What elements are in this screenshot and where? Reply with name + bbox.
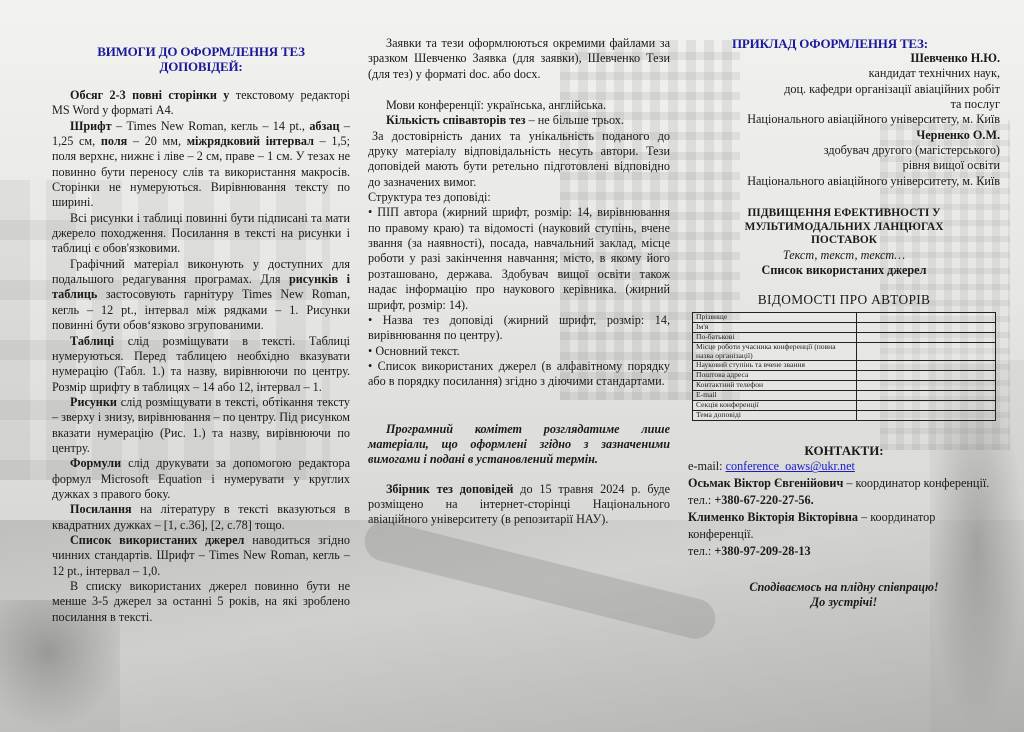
references-label: Список використаних джерел [688,263,1000,278]
structure-bullet: • ПІП автора (жирний шрифт, розмір: 14, … [368,205,670,312]
languages-paragraph: Мови конференції: українська, англійська… [368,98,670,113]
formulas-paragraph: Формули слід друкувати за допомогою реда… [52,456,350,502]
field-value[interactable] [857,371,996,381]
authors-info-table: ПрізвищеІм'яПо-батьковіМісце роботи учас… [692,312,996,421]
field-value[interactable] [857,313,996,323]
contact1-phone: тел.: +380-67-220-27-56. [688,492,1000,509]
authors-info-title: ВІДОМОСТІ ПРО АВТОРІВ [688,292,1000,308]
volume-paragraph: Обсяг 2-3 повні сторінки у текстовому ре… [52,88,350,119]
field-label: Ім'я [693,323,857,333]
email-line: e-mail: conference_oaws@ukr.net [688,459,1000,474]
table-row: По-батькові [693,333,996,343]
structure-bullet: • Список використаних джерел (в алфавітн… [368,359,670,390]
closing-message: Сподіваємось на плідну співпрацю! До зус… [688,580,1000,611]
brochure-page: ВИМОГИ ДО ОФОРМЛЕННЯ ТЕЗ ДОПОВІДЕЙ: Обся… [0,0,1024,732]
contact1: Осьмак Віктор Євгенійович – координатор … [688,475,1000,492]
contacts-title: КОНТАКТИ: [688,443,1000,459]
table-row: Прізвище [693,313,996,323]
sample-text: Текст, текст, текст… [688,248,1000,263]
requirements-column: ВИМОГИ ДО ОФОРМЛЕННЯ ТЕЗ ДОПОВІДЕЙ: Обся… [52,44,350,625]
author2-detail: рівня вищої освіти [688,158,1000,173]
field-value[interactable] [857,323,996,333]
field-label: Секція конференції [693,401,857,411]
author2-name: Черненко О.М. [688,128,1000,143]
field-value[interactable] [857,391,996,401]
field-value[interactable] [857,401,996,411]
tables-paragraph: Таблиці слід розміщувати в тексті. Табли… [52,334,350,395]
author1-detail: та послуг [688,97,1000,112]
structure-bullet: • Основний текст. [368,344,670,359]
table-row: Місце роботи учасника конференції (повна… [693,343,996,361]
table-row: E-mail [693,391,996,401]
field-label: Поштова адреса [693,371,857,381]
structure-label: Структура тез доповіді: [368,190,670,205]
author1-name: Шевченко Н.Ю. [688,51,1000,66]
table-row: Тема доповіді [693,411,996,421]
table-row: Ім'я [693,323,996,333]
requirements-title: ВИМОГИ ДО ОФОРМЛЕННЯ ТЕЗ ДОПОВІДЕЙ: [52,44,350,74]
field-label: По-батькові [693,333,857,343]
committee-note: Програмний комітет розглядатиме лише мат… [368,422,670,468]
field-value[interactable] [857,381,996,391]
example-column: ПРИКЛАД ОФОРМЛЕННЯ ТЕЗ: Шевченко Н.Ю. ка… [688,36,1000,611]
coauthors-paragraph: Кількість співавторів тез – не більше тр… [368,113,670,128]
table-row: Контактний телефон [693,381,996,391]
table-row: Науковий ступінь та вчене звання [693,361,996,371]
bibliography-paragraph: Список використаних джерел наводиться зг… [52,533,350,579]
author1-detail: доц. кафедри організації авіаційних робі… [688,82,1000,97]
field-label: Тема доповіді [693,411,857,421]
author1-detail: Національного авіаційного університету, … [688,112,1000,127]
sample-paper-title: ПІДВИЩЕННЯ ЕФЕКТИВНОСТІ У МУЛЬТИМОДАЛЬНИ… [688,207,1000,248]
field-value[interactable] [857,333,996,343]
graphics-paragraph: Графічний матеріал виконують у доступних… [52,257,350,334]
field-value[interactable] [857,361,996,371]
contact2-phone: тел.: +380-97-209-28-13 [688,543,1000,560]
collection-paragraph: Збірник тез доповідей до 15 травня 2024 … [368,482,670,528]
figures-paragraph: Рисунки слід розміщувати в тексті, обтік… [52,395,350,456]
field-label: Науковий ступінь та вчене звання [693,361,857,371]
field-value[interactable] [857,343,996,361]
contact2: Клименко Вікторія Вікторівна – координат… [688,509,1000,543]
field-label: Контактний телефон [693,381,857,391]
figures-tables-paragraph: Всі рисунки і таблиці повинні бути підпи… [52,211,350,257]
author2-detail: Національного авіаційного університету, … [688,174,1000,189]
example-title: ПРИКЛАД ОФОРМЛЕННЯ ТЕЗ: [688,36,1000,51]
author2-detail: здобувач другого (магістерського) [688,143,1000,158]
table-row: Секція конференції [693,401,996,411]
submission-column: Заявки та тези оформлюються окремими фай… [368,36,670,528]
font-paragraph: Шрифт – Times New Roman, кегль – 14 pt.,… [52,119,350,211]
email-link[interactable]: conference_oaws@ukr.net [726,459,855,473]
field-label: Місце роботи учасника конференції (повна… [693,343,857,361]
responsibility-paragraph: За достовірність даних та унікальність п… [368,129,670,190]
structure-bullet: • Назва тез доповіді (жирний шрифт, розм… [368,313,670,344]
field-label: E-mail [693,391,857,401]
table-row: Поштова адреса [693,371,996,381]
references-paragraph: Посилання на літературу в тексті вказуют… [52,502,350,533]
bibliography-count-paragraph: В списку використаних джерел повинно бут… [52,579,350,625]
field-value[interactable] [857,411,996,421]
files-paragraph: Заявки та тези оформлюються окремими фай… [368,36,670,82]
field-label: Прізвище [693,313,857,323]
author1-detail: кандидат технічних наук, [688,66,1000,81]
